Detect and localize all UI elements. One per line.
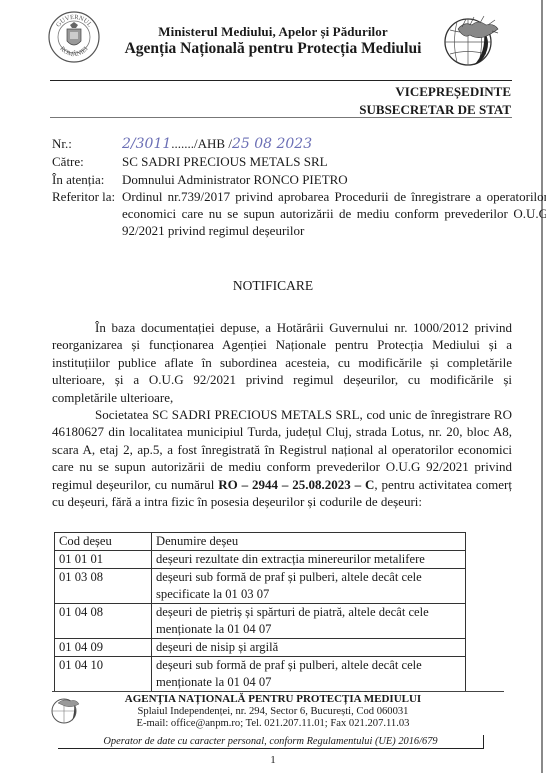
table-row: 01 04 08 deșeuri de pietriș și spărturi … bbox=[55, 604, 466, 639]
handwritten-number: 2/3011 bbox=[122, 136, 171, 152]
header-divider bbox=[50, 80, 512, 81]
recipient-row: Către: SC SADRI PRECIOUS METALS SRL bbox=[52, 153, 546, 170]
footer-address: Splaiul Independenței, nr. 294, Sector 6… bbox=[0, 706, 546, 719]
handwritten-date: 25 08 2023 bbox=[232, 136, 312, 152]
waste-code: 01 04 09 bbox=[55, 639, 152, 657]
attention-label: În atenția: bbox=[52, 171, 122, 188]
attention-row: În atenția: Domnului Administrator RONCO… bbox=[52, 171, 546, 188]
registration-code: RO – 2944 – 25.08.2023 – C bbox=[218, 477, 374, 492]
to-label: Către: bbox=[52, 153, 122, 170]
reference-label: Referitor la: bbox=[52, 188, 122, 240]
letter-metadata: Nr.: 2/3011......./AHB /25 08 2023 Către… bbox=[52, 135, 546, 240]
waste-code: 01 04 10 bbox=[55, 657, 152, 692]
reference: Ordinul nr.739/2017 privind aprobarea Pr… bbox=[122, 188, 546, 240]
waste-name: deșeuri sub formă de praf și pulberi, al… bbox=[152, 569, 466, 604]
waste-name: deșeuri de pietriș și spărturi de piatră… bbox=[152, 604, 466, 639]
footer-contact-line: E-mail: office@anpm.ro; Tel. 021.207.11.… bbox=[0, 718, 546, 731]
table-row: 01 01 01 deșeuri rezultate din extracția… bbox=[55, 551, 466, 569]
anpm-globe-tree-icon bbox=[440, 13, 500, 69]
table-row: 01 04 09 deșeuri de nisip și argilă bbox=[55, 639, 466, 657]
waste-code: 01 01 01 bbox=[55, 551, 152, 569]
notification-body: În baza documentației depuse, a Hotărâri… bbox=[52, 319, 512, 510]
waste-codes-table: Cod deșeu Denumire deșeu 01 01 01 deșeur… bbox=[54, 532, 466, 692]
attention: Domnului Administrator RONCO PIETRO bbox=[122, 171, 546, 188]
footer-agency: AGENȚIA NAȚIONALĂ PENTRU PROTECȚIA MEDIU… bbox=[0, 693, 546, 706]
page-number: 1 bbox=[0, 754, 546, 766]
table-row: 01 04 10 deșeuri sub formă de praf și pu… bbox=[55, 657, 466, 692]
footer-contact: AGENȚIA NAȚIONALĂ PENTRU PROTECȚIA MEDIU… bbox=[0, 693, 546, 731]
waste-name: deșeuri de nisip și argilă bbox=[152, 639, 466, 657]
table-row: 01 03 08 deșeuri sub formă de praf și pu… bbox=[55, 569, 466, 604]
office-title: VICEPREȘEDINTE SUBSECRETAR DE STAT bbox=[359, 83, 511, 119]
registration-number: 2/3011......./AHB /25 08 2023 bbox=[122, 135, 546, 153]
document-title: NOTIFICARE bbox=[0, 278, 546, 294]
waste-name: deșeuri rezultate din extracția minereur… bbox=[152, 551, 466, 569]
office-line-1: VICEPREȘEDINTE bbox=[359, 83, 511, 101]
table-header-row: Cod deșeu Denumire deșeu bbox=[55, 533, 466, 551]
waste-name: deșeuri sub formă de praf și pulberi, al… bbox=[152, 657, 466, 692]
header-code: Cod deșeu bbox=[55, 533, 152, 551]
footer-divider bbox=[52, 691, 504, 692]
scan-edge bbox=[541, 0, 543, 773]
recipient: SC SADRI PRECIOUS METALS SRL bbox=[122, 153, 546, 170]
reference-row: Referitor la: Ordinul nr.739/2017 privin… bbox=[52, 188, 546, 240]
registration-number-row: Nr.: 2/3011......./AHB /25 08 2023 bbox=[52, 135, 546, 153]
nr-label: Nr.: bbox=[52, 135, 122, 153]
waste-code: 01 03 08 bbox=[55, 569, 152, 604]
header-divider-2 bbox=[50, 117, 512, 118]
gdpr-notice: Operator de date cu caracter personal, c… bbox=[58, 735, 484, 749]
paragraph-1: În baza documentației depuse, a Hotărâri… bbox=[52, 319, 512, 406]
header-name: Denumire deșeu bbox=[152, 533, 466, 551]
paragraph-2: Societatea SC SADRI PRECIOUS METALS SRL,… bbox=[52, 406, 512, 510]
waste-code: 01 04 08 bbox=[55, 604, 152, 639]
nr-mid: /AHB / bbox=[194, 136, 232, 151]
